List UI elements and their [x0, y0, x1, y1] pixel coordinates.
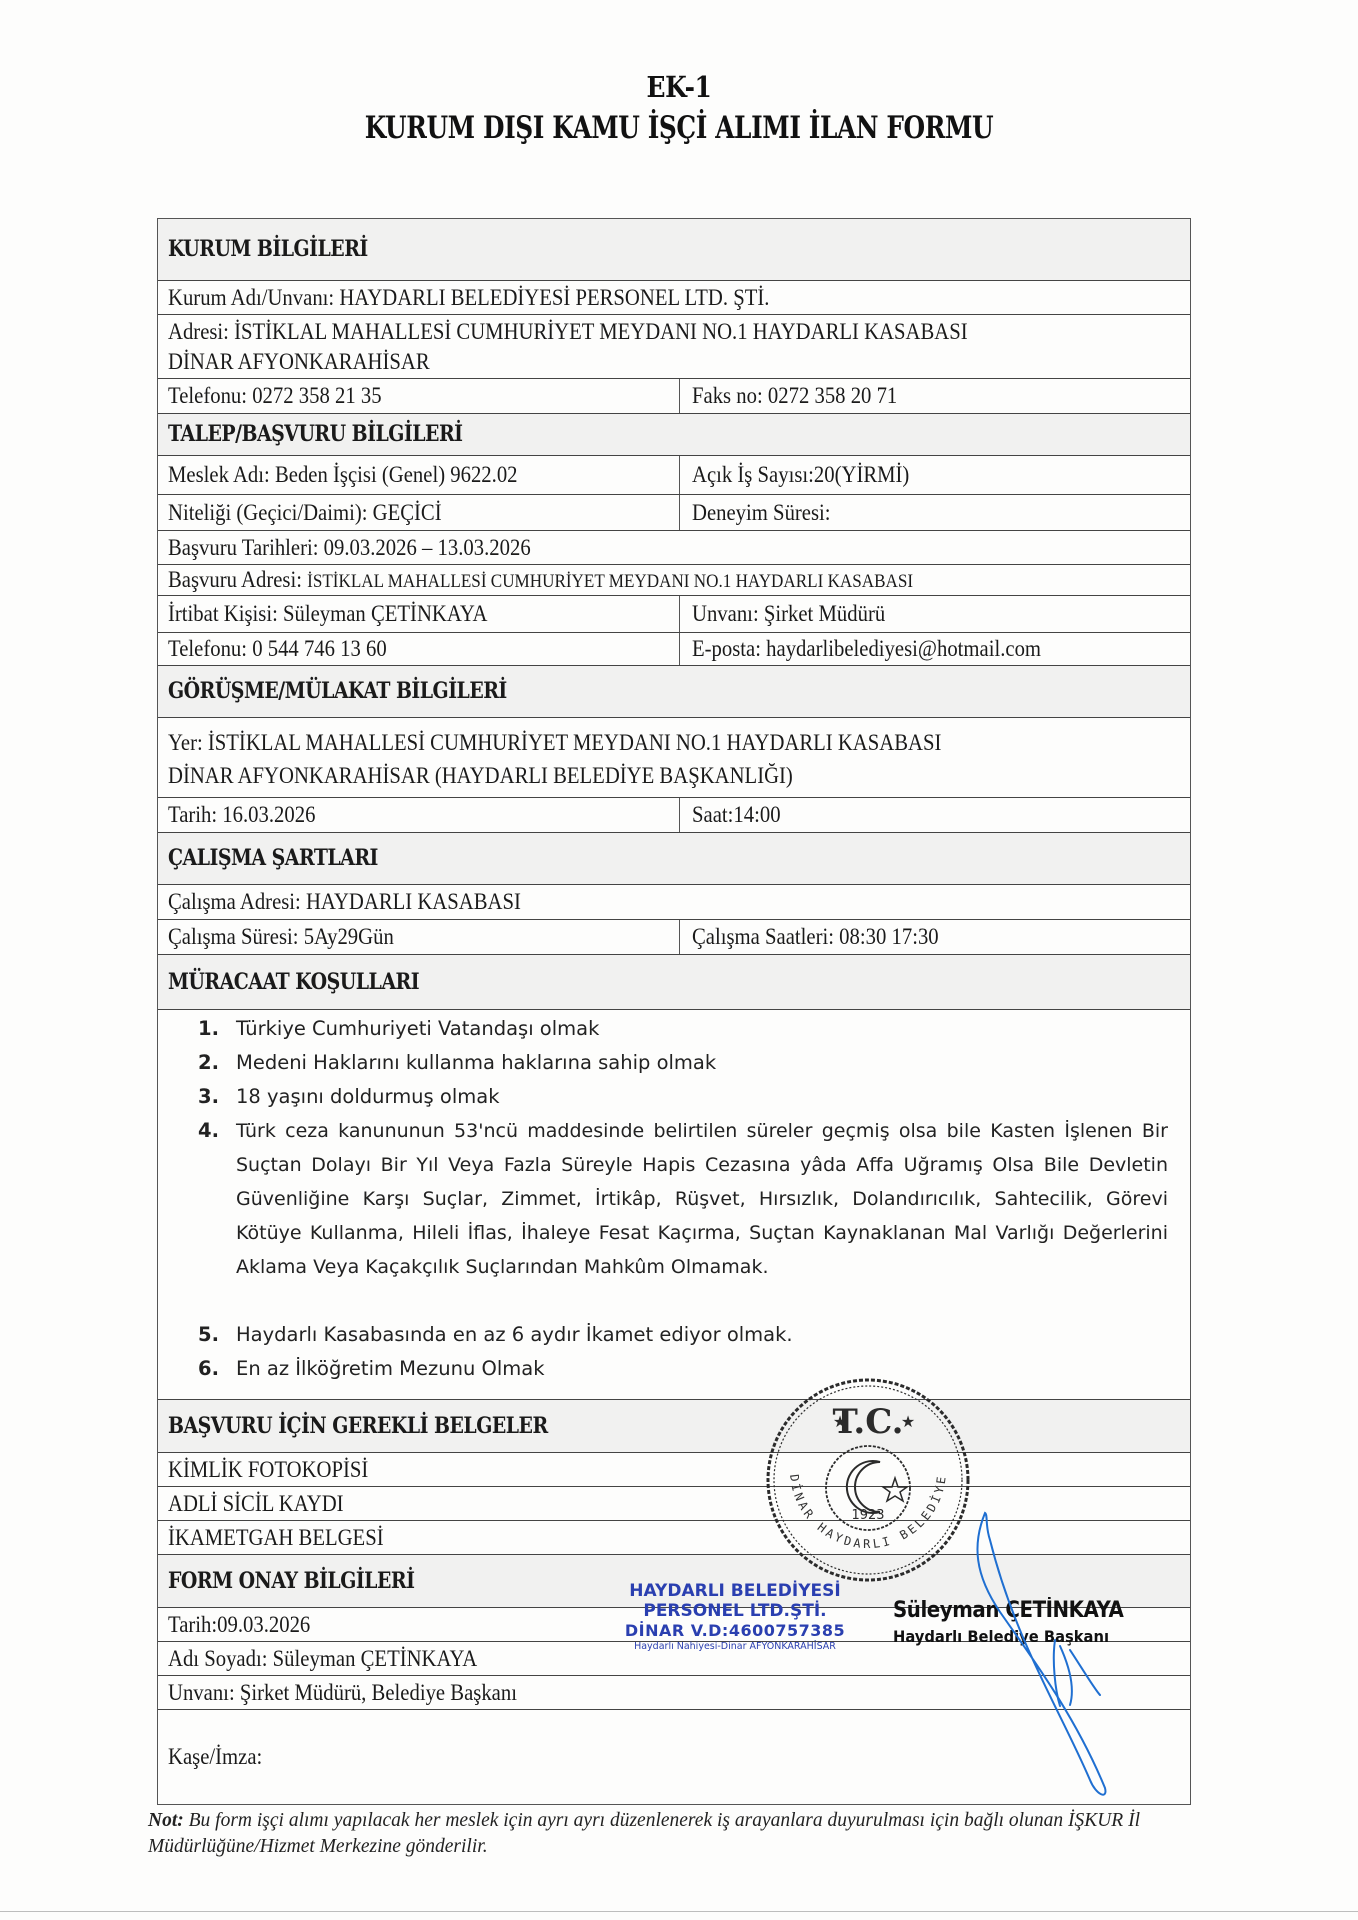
row-interview-datetime: Tarih: 16.03.2026 Saat:14:00 [158, 798, 1190, 833]
occupation-name: Meslek Adı: Beden İşçisi (Genel) 9622.02 [168, 460, 518, 490]
signatory-block: Süleyman ÇETİNKAYA Haydarlı Belediye Baş… [893, 1598, 1193, 1646]
row-occupation: Meslek Adı: Beden İşçisi (Genel) 9622.02… [158, 456, 1190, 495]
interview-place-line2: DİNAR AFYONKARAHİSAR (HAYDARLI BELEDİYE … [168, 759, 793, 792]
condition-number: 4. [198, 1114, 228, 1148]
interview-date: Tarih: 16.03.2026 [168, 800, 315, 830]
row-application-address: Başvuru Adresi: İSTİKLAL MAHALLESİ CUMHU… [158, 565, 1190, 596]
section-header-talep: TALEP/BAŞVURU BİLGİLERİ [158, 414, 1190, 456]
section-title: ÇALIŞMA ŞARTLARI [168, 844, 378, 873]
row-kurum-address: Adresi: İSTİKLAL MAHALLESİ CUMHURİYET ME… [158, 315, 1190, 379]
section-title: BAŞVURU İÇİN GEREKLİ BELGELER [168, 1412, 548, 1441]
application-address-value: İSTİKLAL MAHALLESİ CUMHURİYET MEYDANI NO… [307, 571, 913, 592]
contact-person: İrtibat Kişisi: Süleyman ÇETİNKAYA [168, 599, 488, 629]
application-address: Başvuru Adresi: İSTİKLAL MAHALLESİ CUMHU… [168, 565, 913, 595]
condition-number: 1. [198, 1012, 228, 1046]
required-document: İKAMETGAH BELGESİ [168, 1523, 384, 1553]
work-duration: Çalışma Süresi: 5Ay29Gün [168, 922, 394, 952]
contact-email[interactable]: E-posta: haydarlibelediyesi@hotmail.com [692, 634, 1041, 664]
condition-number: 5. [198, 1318, 228, 1352]
job-posting-form-table: KURUM BİLGİLERİ Kurum Adı/Unvanı: HAYDAR… [157, 218, 1191, 1805]
row-application-conditions: 1. Türkiye Cumhuriyeti Vatandaşı olmak 2… [158, 1010, 1190, 1400]
company-stamp: HAYDARLI BELEDİYESİ PERSONEL LTD.ŞTİ. Dİ… [585, 1581, 885, 1653]
annex-label: EK-1 [95, 70, 1263, 104]
company-stamp-line3: DİNAR V.D:4600757385 [585, 1621, 885, 1641]
approver-title: Unvanı: Şirket Müdürü, Belediye Başkanı [168, 1678, 517, 1708]
condition-item: 3. 18 yaşını doldurmuş olmak [198, 1080, 1168, 1114]
condition-item: 2. Medeni Haklarını kullanma haklarına s… [198, 1046, 1168, 1080]
footnote: Not: Bu form işçi alımı yapılacak her me… [148, 1808, 1188, 1860]
section-header-gorusme: GÖRÜŞME/MÜLAKAT BİLGİLERİ [158, 666, 1190, 718]
condition-item: 5. Haydarlı Kasabasında en az 6 aydır İk… [198, 1318, 1168, 1352]
row-work-address: Çalışma Adresi: HAYDARLI KASABASI [158, 885, 1190, 920]
condition-item: 4. Türk ceza kanununun 53'ncü maddesinde… [198, 1114, 1168, 1284]
institution-address-line2: DİNAR AFYONKARAHİSAR [168, 347, 430, 377]
row-document: KİMLİK FOTOKOPİSİ [158, 1453, 1190, 1487]
contact-title: Unvanı: Şirket Müdürü [692, 599, 885, 629]
application-address-label: Başvuru Adresi: [168, 567, 307, 592]
condition-text: Türk ceza kanununun 53'ncü maddesinde be… [236, 1114, 1168, 1284]
footnote-text: Bu form işçi alımı yapılacak her meslek … [148, 1810, 1140, 1857]
scan-edge-divider [0, 1911, 1358, 1912]
institution-phone: Telefonu: 0272 358 21 35 [168, 381, 382, 411]
signatory-name: Süleyman ÇETİNKAYA [893, 1598, 1163, 1623]
section-header-belgeler: BAŞVURU İÇİN GEREKLİ BELGELER [158, 1400, 1190, 1453]
row-kurum-phone-fax: Telefonu: 0272 358 21 35 Faks no: 0272 3… [158, 379, 1190, 414]
institution-fax: Faks no: 0272 358 20 71 [692, 381, 897, 411]
application-dates: Başvuru Tarihleri: 09.03.2026 – 13.03.20… [168, 533, 531, 563]
interview-place-line1: Yer: İSTİKLAL MAHALLESİ CUMHURİYET MEYDA… [168, 726, 941, 759]
section-title: KURUM BİLGİLERİ [168, 235, 368, 264]
row-contact: İrtibat Kişisi: Süleyman ÇETİNKAYA Unvan… [158, 596, 1190, 633]
work-address: Çalışma Adresi: HAYDARLI KASABASI [168, 887, 521, 917]
section-title: MÜRACAAT KOŞULLARI [168, 968, 419, 997]
required-document: ADLİ SİCİL KAYDI [168, 1489, 344, 1519]
work-hours: Çalışma Saatleri: 08:30 17:30 [692, 922, 939, 952]
row-approver-title: Unvanı: Şirket Müdürü, Belediye Başkanı [158, 1676, 1190, 1710]
condition-item: 1. Türkiye Cumhuriyeti Vatandaşı olmak [198, 1012, 1168, 1046]
interview-time: Saat:14:00 [692, 800, 781, 830]
section-title: TALEP/BAŞVURU BİLGİLERİ [168, 420, 462, 449]
section-title: FORM ONAY BİLGİLERİ [168, 1567, 414, 1596]
row-contact-phone-email: Telefonu: 0 544 746 13 60 E-posta: hayda… [158, 633, 1190, 666]
row-document: İKAMETGAH BELGESİ [158, 1521, 1190, 1555]
institution-address-line1: Adresi: İSTİKLAL MAHALLESİ CUMHURİYET ME… [168, 317, 968, 347]
row-interview-place: Yer: İSTİKLAL MAHALLESİ CUMHURİYET MEYDA… [158, 718, 1190, 798]
section-title: GÖRÜŞME/MÜLAKAT BİLGİLERİ [168, 677, 507, 706]
condition-text: Haydarlı Kasabasında en az 6 aydır İkame… [236, 1318, 1168, 1352]
company-stamp-line2: PERSONEL LTD.ŞTİ. [585, 1601, 885, 1621]
form-title: KURUM DIŞI KAMU İŞÇİ ALIMI İLAN FORMU [136, 110, 1222, 146]
condition-number: 6. [198, 1352, 228, 1386]
open-positions: Açık İş Sayısı:20(YİRMİ) [692, 460, 909, 490]
approver-name: Adı Soyadı: Süleyman ÇETİNKAYA [168, 1644, 477, 1674]
approval-date: Tarih:09.03.2026 [168, 1610, 310, 1640]
footnote-label: Not: [148, 1810, 184, 1831]
contact-phone: Telefonu: 0 544 746 13 60 [168, 634, 387, 664]
company-stamp-line4: Haydarlı Nahiyesi-Dinar AFYONKARAHİSAR [585, 1641, 885, 1653]
section-header-calisma: ÇALIŞMA ŞARTLARI [158, 833, 1190, 885]
experience-duration: Deneyim Süresi: [692, 498, 831, 528]
stamp-signature-label: Kaşe/İmza: [168, 1742, 262, 1772]
section-header-muracaat: MÜRACAAT KOŞULLARI [158, 955, 1190, 1010]
condition-number: 3. [198, 1080, 228, 1114]
condition-text: 18 yaşını doldurmuş olmak [236, 1080, 1168, 1114]
company-stamp-line1: HAYDARLI BELEDİYESİ [585, 1581, 885, 1601]
row-work-duration-hours: Çalışma Süresi: 5Ay29Gün Çalışma Saatler… [158, 920, 1190, 955]
condition-number: 2. [198, 1046, 228, 1080]
condition-item: 6. En az İlköğretim Mezunu Olmak [198, 1352, 1168, 1386]
job-nature: Niteliği (Geçici/Daimi): GEÇİCİ [168, 498, 442, 528]
institution-name: Kurum Adı/Unvanı: HAYDARLI BELEDİYESİ PE… [168, 283, 769, 313]
condition-text: Türkiye Cumhuriyeti Vatandaşı olmak [236, 1012, 1168, 1046]
row-nature: Niteliği (Geçici/Daimi): GEÇİCİ Deneyim … [158, 495, 1190, 531]
row-document: ADLİ SİCİL KAYDI [158, 1487, 1190, 1521]
row-kurum-name: Kurum Adı/Unvanı: HAYDARLI BELEDİYESİ PE… [158, 281, 1190, 315]
condition-text: Medeni Haklarını kullanma haklarına sahi… [236, 1046, 1168, 1080]
signatory-role: Haydarlı Belediye Başkanı [893, 1627, 1169, 1646]
required-document: KİMLİK FOTOKOPİSİ [168, 1455, 368, 1485]
section-header-kurum: KURUM BİLGİLERİ [158, 219, 1190, 281]
row-application-dates: Başvuru Tarihleri: 09.03.2026 – 13.03.20… [158, 531, 1190, 565]
row-stamp-signature: Kaşe/İmza: [158, 1710, 1190, 1804]
condition-text: En az İlköğretim Mezunu Olmak [236, 1352, 1168, 1386]
